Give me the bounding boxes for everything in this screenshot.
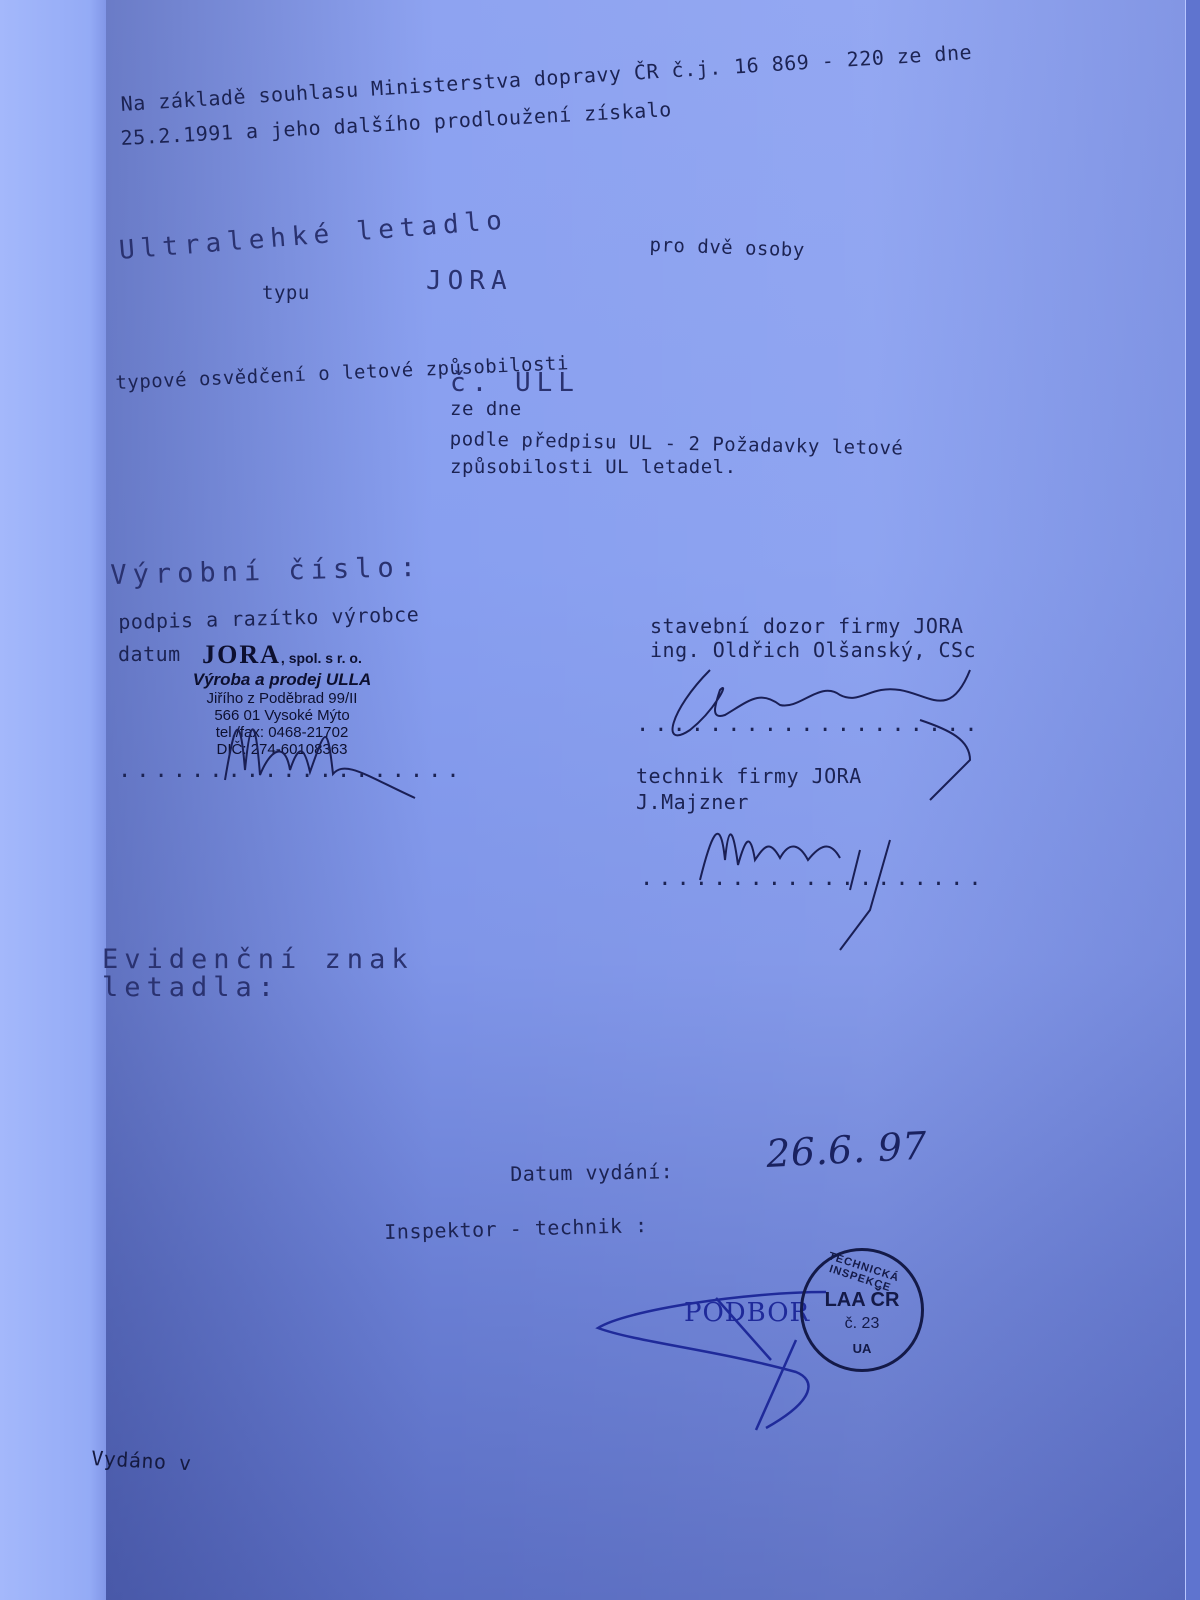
page-edge <box>1185 0 1200 1600</box>
certificate-number: č. ULL <box>450 368 580 398</box>
inspection-stamp: TECHNICKÁ INSPEKCE LAA ČR č. 23 UA <box>800 1248 924 1372</box>
stamp-number: č. 23 <box>803 1315 921 1333</box>
type-value: JORA <box>426 266 513 296</box>
technician-dotted-line: ................... <box>640 866 987 891</box>
technician-label: technik firmy JORA <box>636 764 862 788</box>
registration-label-line-1: Evidenční znak <box>102 944 414 975</box>
facing-page <box>0 0 112 1600</box>
issue-date-label: Datum vydání: <box>510 1159 673 1186</box>
regulation-line-2: způsobilosti UL letadel. <box>450 456 737 478</box>
issue-date-value: 26.6. 97 <box>765 1124 928 1176</box>
stamp-unit: UA <box>803 1341 921 1356</box>
stamp-company-form: , spol. s r. o. <box>281 650 362 666</box>
type-label: typu <box>262 282 310 304</box>
manufacturer-signature <box>215 700 425 810</box>
stamp-tagline: Výroba a prodej ULLA <box>172 670 392 690</box>
stamp-brand: JORA <box>202 640 281 670</box>
certificate-date-label: ze dne <box>450 398 522 420</box>
inspector-signature-text: PODBOR <box>684 1298 810 1328</box>
registration-label-line-2: letadla: <box>102 972 280 1003</box>
supervision-label: stavební dozor firmy JORA <box>650 614 964 638</box>
supervision-dotted-line: ................... <box>636 712 983 737</box>
manufacturer-dotted-line: ................... <box>118 758 465 783</box>
stamp-org: LAA ČR <box>803 1289 921 1312</box>
